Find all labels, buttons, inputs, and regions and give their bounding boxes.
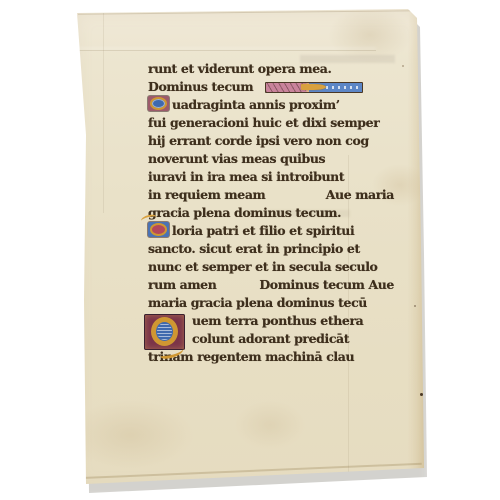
line-text: loria patri et filio et spiritui — [172, 223, 354, 238]
text-line: nunc et semper et in secula seculo — [148, 258, 394, 276]
text-line: fui generacioni huic et dixi semper — [148, 114, 394, 132]
parchment-leaf: runt et viderunt opera mea. Dominus tecu… — [70, 5, 430, 493]
line-text: fui generacioni huic et dixi semper — [148, 115, 379, 130]
initial-letter-ring — [151, 317, 178, 346]
line-text: Aue maria — [326, 186, 394, 204]
text-line: sancto. sicut erat in principio et — [148, 240, 394, 258]
line-text: runt et viderunt opera mea. — [148, 61, 331, 76]
line-text: noverunt vias meas quibus — [148, 151, 325, 166]
text-line: gracia plena dominus tecum. — [148, 204, 394, 222]
line-text: rum amen — [148, 276, 216, 294]
ink-speck — [414, 305, 416, 307]
leaf-top-edge — [78, 10, 416, 15]
line-text: gracia plena dominus tecum. — [148, 205, 341, 220]
line-text: hij errant corde ipsi vero non cog — [148, 133, 369, 148]
horizontal-crease — [76, 50, 376, 51]
text-line: runt et viderunt opera mea. — [148, 60, 394, 78]
vertical-crease — [103, 13, 104, 213]
text-line: hij errant corde ipsi vero non cog — [148, 132, 394, 150]
line-text: colunt adorant predicāt — [192, 331, 349, 346]
initial-letter-ring — [150, 223, 167, 236]
line-text: uem terra ponthus ethera — [192, 313, 363, 328]
ink-speck — [420, 393, 423, 396]
line-text: iuravi in ira mea si introibunt — [148, 169, 344, 184]
illuminated-initial-g-small — [148, 222, 169, 237]
text-line: trinam regentem machinā clau — [148, 348, 394, 366]
line-text: maria gracia plena dominus tecū — [148, 295, 367, 310]
text-line: in requiem meam Aue maria — [148, 186, 394, 204]
illuminated-initial-q-small — [148, 96, 169, 111]
manuscript-leaf-photo: runt et viderunt opera mea. Dominus tecu… — [0, 0, 500, 500]
text-line: Dominus tecum — [148, 78, 394, 96]
text-block: runt et viderunt opera mea. Dominus tecu… — [148, 60, 394, 366]
text-line: rum amen Dominus tecum Aue — [148, 276, 394, 294]
line-filler-ornament — [265, 82, 363, 93]
filler-dashes — [314, 86, 360, 89]
line-text: in requiem meam — [148, 186, 265, 204]
text-line: loria patri et filio et spiritui — [148, 222, 394, 240]
text-line: iuravi in ira mea si introibunt — [148, 168, 394, 186]
initial-letter-ring — [150, 97, 167, 110]
ink-speck — [402, 65, 404, 67]
text-line: maria gracia plena dominus tecū — [148, 294, 394, 312]
line-text: Dominus tecum Aue — [259, 276, 394, 294]
line-text: Dominus tecum — [148, 78, 253, 96]
illuminated-initial-q-large — [144, 314, 185, 350]
line-text: uadraginta annis proxim’ — [172, 97, 340, 112]
hymn-section: uem terra ponthus ethera colunt adorant … — [148, 312, 394, 366]
line-text: nunc et semper et in secula seculo — [148, 259, 378, 274]
text-line: noverunt vias meas quibus — [148, 150, 394, 168]
text-line: uadraginta annis proxim’ — [148, 96, 394, 114]
line-text: sancto. sicut erat in principio et — [148, 241, 360, 256]
